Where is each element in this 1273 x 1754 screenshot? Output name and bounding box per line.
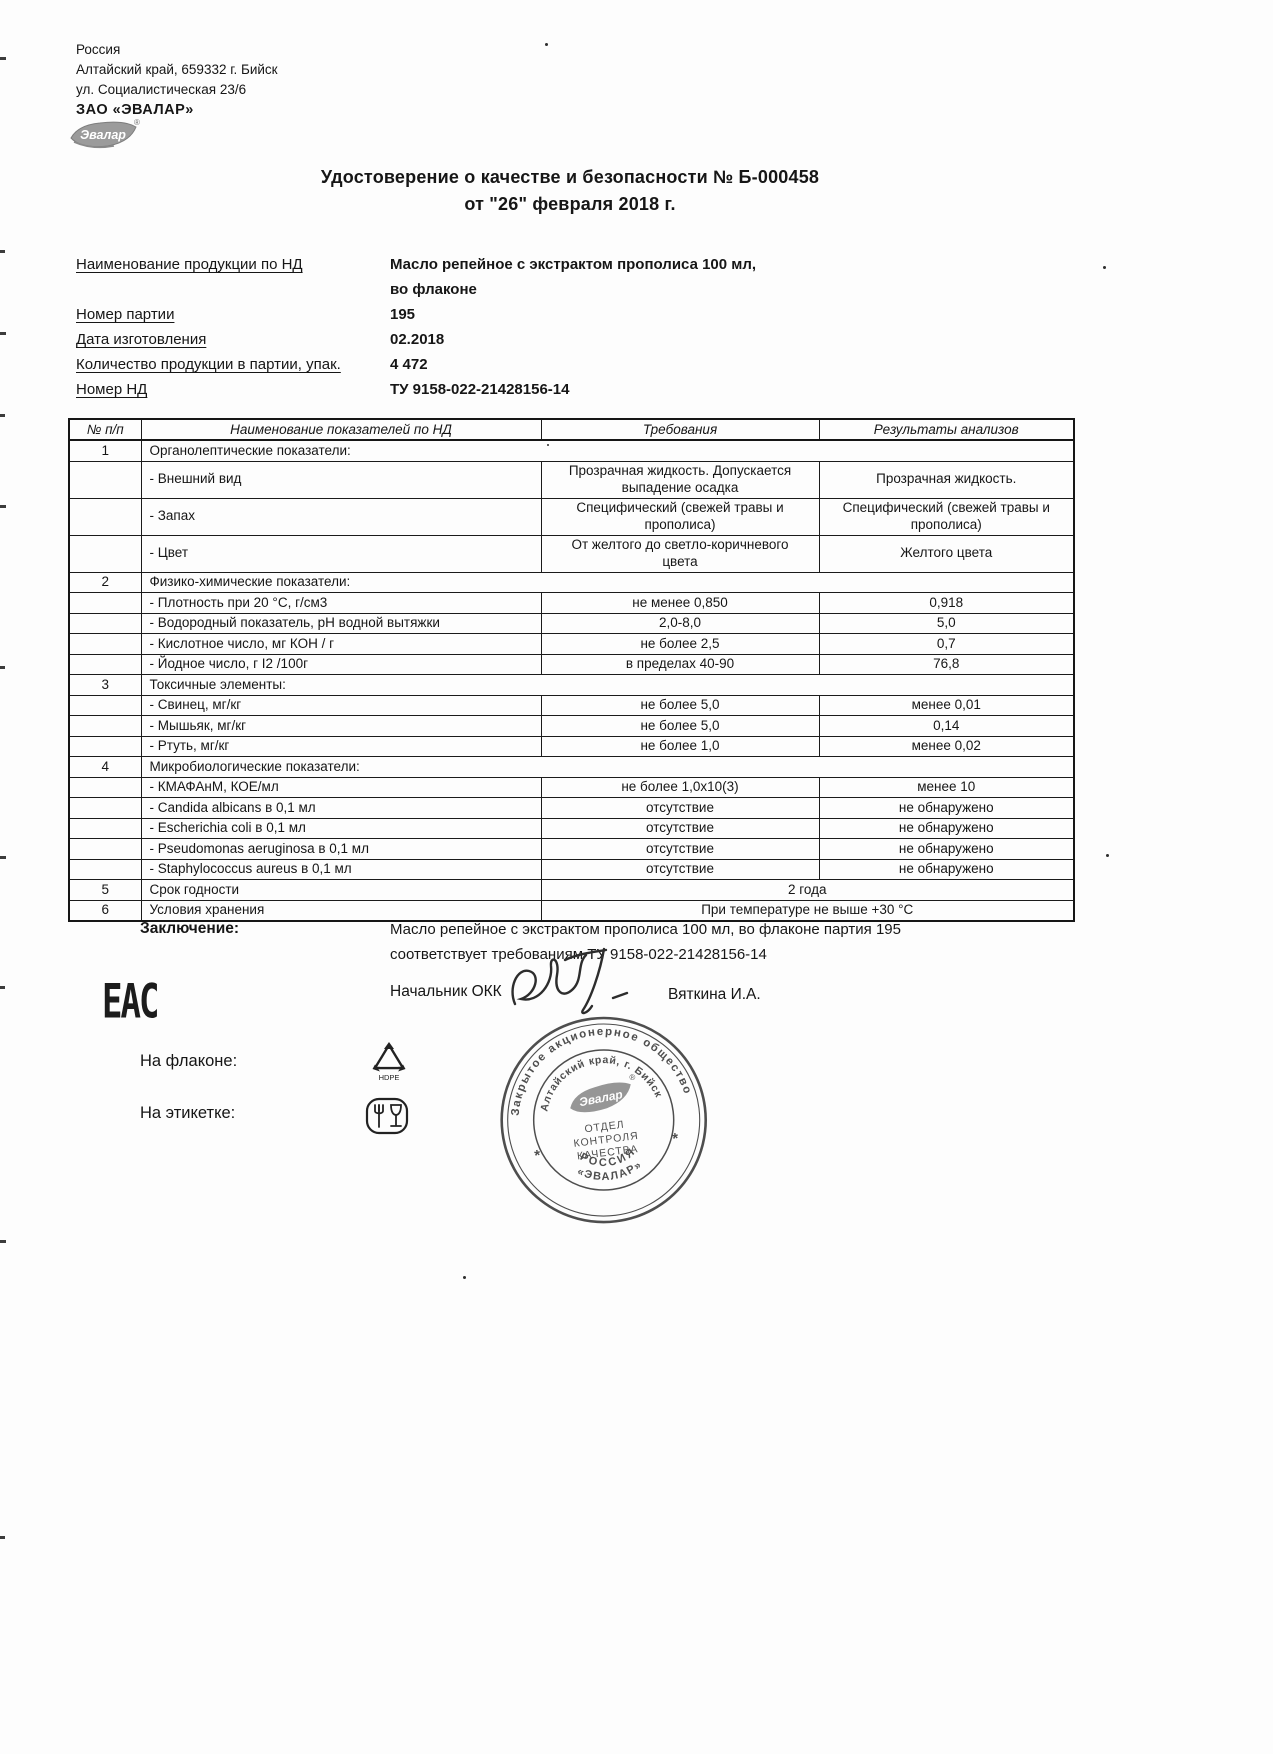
result: Специфический (свежей травы и прополиса) (819, 498, 1074, 535)
result: 76,8 (819, 654, 1074, 675)
result: не обнаружено (819, 798, 1074, 819)
indicator-name: - Йодное число, г I2 /100г (141, 654, 541, 675)
company-address-block: Россия Алтайский край, 659332 г. Бийск у… (76, 40, 278, 120)
section-title: Физико-химические показатели: (141, 572, 1074, 593)
field-value: 02.2018 (390, 327, 444, 352)
requirement: в пределах 40-90 (541, 654, 819, 675)
shelf-life-value: 2 года (541, 880, 1074, 901)
table-row: - Escherichia coli в 0,1 млотсутствиене … (69, 818, 1074, 839)
scan-edge-mark (0, 1240, 6, 1243)
row-number: 1 (69, 440, 141, 461)
product-fields: Наименование продукции по НД Масло репей… (76, 252, 756, 402)
company-country: Россия (76, 40, 278, 60)
result: не обнаружено (819, 839, 1074, 860)
result: менее 10 (819, 777, 1074, 798)
requirement: не более 1,0х10(3) (541, 777, 819, 798)
table-row: 5Срок годности2 года (69, 880, 1074, 901)
table-row: - КМАФАнМ, КОЕ/млне более 1,0х10(3)менее… (69, 777, 1074, 798)
row-number (69, 634, 141, 655)
table-row: - Йодное число, г I2 /100гв пределах 40-… (69, 654, 1074, 675)
requirement: Прозрачная жидкость. Допускается выпаден… (541, 461, 819, 498)
requirement: отсутствие (541, 859, 819, 880)
indicator-name: - Кислотное число, мг КОН / г (141, 634, 541, 655)
table-row: 1Органолептические показатели: (69, 440, 1074, 461)
on-bottle-label: На флаконе: (140, 1052, 237, 1071)
field-label: Наименование продукции по НД (76, 252, 390, 277)
requirement: отсутствие (541, 818, 819, 839)
scan-edge-mark (0, 856, 6, 859)
quality-control-stamp: Закрытое акционерное общество Алтайский … (481, 997, 727, 1247)
requirement: не более 1,0 (541, 736, 819, 757)
field-manufacture-date: Дата изготовления 02.2018 (76, 327, 756, 352)
hdpe-recycling-icon: HDPE (368, 1040, 410, 1095)
field-value-line1: Масло репейное с экстрактом прополиса 10… (390, 252, 756, 277)
requirement: не более 2,5 (541, 634, 819, 655)
company-address-line1: Алтайский край, 659332 г. Бийск (76, 60, 278, 80)
result: 5,0 (819, 613, 1074, 634)
header-requirements: Требования (541, 419, 819, 440)
result: 0,7 (819, 634, 1074, 655)
table-row: - ЦветОт желтого до светло-коричневого ц… (69, 535, 1074, 572)
row-number (69, 461, 141, 498)
table-row: - Ртуть, мг/кгне более 1,0менее 0,02 (69, 736, 1074, 757)
conclusion-label: Заключение: (140, 920, 239, 938)
field-product-name: Наименование продукции по НД Масло репей… (76, 252, 756, 302)
indicator-name: - Внешний вид (141, 461, 541, 498)
table-row: - Свинец, мг/кгне более 5,0менее 0,01 (69, 695, 1074, 716)
table-row: - Candida albicans в 0,1 млотсутствиене … (69, 798, 1074, 819)
row-number: 3 (69, 675, 141, 696)
row-number: 2 (69, 572, 141, 593)
table-row: - Pseudomonas aeruginosa в 0,1 млотсутст… (69, 839, 1074, 860)
indicator-name: - Escherichia coli в 0,1 мл (141, 818, 541, 839)
field-value: 4 472 (390, 352, 428, 377)
scan-edge-mark (0, 250, 5, 253)
scan-edge-mark (0, 414, 5, 417)
indicator-name: - Pseudomonas aeruginosa в 0,1 мл (141, 839, 541, 860)
row-number (69, 593, 141, 614)
conclusion-line2: соответствует требованиям ТУ 9158-022-21… (390, 942, 1040, 967)
indicator-name: - Мышьяк, мг/кг (141, 716, 541, 737)
row-number (69, 654, 141, 675)
requirement: 2,0-8,0 (541, 613, 819, 634)
table-row: - ЗапахСпецифический (свежей травы и про… (69, 498, 1074, 535)
table-row: - Водородный показатель, рН водной вытяж… (69, 613, 1074, 634)
scan-speck (545, 43, 548, 46)
hdpe-icon-label: HDPE (379, 1073, 400, 1082)
indicator-name: - Плотность при 20 °С, г/см3 (141, 593, 541, 614)
scan-edge-mark (0, 986, 5, 989)
field-label: Номер НД (76, 377, 390, 402)
quality-indicators-table: № п/п Наименование показателей по НД Тре… (68, 418, 1075, 922)
section-title: Токсичные элементы: (141, 675, 1074, 696)
row-number (69, 716, 141, 737)
scan-speck (463, 1276, 466, 1279)
result: менее 0,02 (819, 736, 1074, 757)
table-row: 3Токсичные элементы: (69, 675, 1074, 696)
table-row: - Мышьяк, мг/кгне более 5,00,14 (69, 716, 1074, 737)
field-nd-number: Номер НД ТУ 9158-022-21428156-14 (76, 377, 756, 402)
requirement: не более 5,0 (541, 716, 819, 737)
header-indicator-name: Наименование показателей по НД (141, 419, 541, 440)
eac-conformity-mark: EAC (102, 974, 157, 1030)
indicator-name: - Ртуть, мг/кг (141, 736, 541, 757)
result: 0,14 (819, 716, 1074, 737)
row-number (69, 613, 141, 634)
field-value: Масло репейное с экстрактом прополиса 10… (390, 252, 756, 302)
result: 0,918 (819, 593, 1074, 614)
field-label: Количество продукции в партии, упак. (76, 352, 390, 377)
section-title: Микробиологические показатели: (141, 757, 1074, 778)
requirement: не менее 0,850 (541, 593, 819, 614)
row-number (69, 859, 141, 880)
table-row: 4Микробиологические показатели: (69, 757, 1074, 778)
row-number (69, 818, 141, 839)
indicator-name: - Цвет (141, 535, 541, 572)
row-number (69, 695, 141, 716)
company-address-line2: ул. Социалистическая 23/6 (76, 80, 278, 100)
scan-speck (1103, 266, 1106, 269)
signoff-position: Начальник ОКК (390, 983, 502, 1001)
result: менее 0,01 (819, 695, 1074, 716)
indicator-name: - Свинец, мг/кг (141, 695, 541, 716)
field-value-line2: во флаконе (390, 277, 756, 302)
field-batch-quantity: Количество продукции в партии, упак. 4 4… (76, 352, 756, 377)
evalar-logo-text: Эвалар (80, 128, 126, 142)
field-batch-number: Номер партии 195 (76, 302, 756, 327)
row-number (69, 839, 141, 860)
scan-edge-mark (0, 505, 6, 508)
scan-edge-mark (0, 332, 6, 335)
result: не обнаружено (819, 818, 1074, 839)
requirement: отсутствие (541, 839, 819, 860)
result: не обнаружено (819, 859, 1074, 880)
indicator-name: - Водородный показатель, рН водной вытяж… (141, 613, 541, 634)
scan-speck (547, 444, 549, 446)
row-number (69, 535, 141, 572)
requirement: отсутствие (541, 798, 819, 819)
scan-edge-mark (0, 666, 5, 669)
document-title-line2: от "26" февраля 2018 г. (60, 191, 1080, 218)
table-row: - Кислотное число, мг КОН / гне более 2,… (69, 634, 1074, 655)
scan-speck (1106, 854, 1109, 857)
row-number: 6 (69, 900, 141, 921)
row-number: 4 (69, 757, 141, 778)
field-label: Номер партии (76, 302, 390, 327)
indicator-name: Срок годности (141, 880, 541, 901)
indicator-name: - Staphylococcus aureus в 0,1 мл (141, 859, 541, 880)
table-row: - Плотность при 20 °С, г/см3не менее 0,8… (69, 593, 1074, 614)
row-number (69, 777, 141, 798)
indicator-name: - Запах (141, 498, 541, 535)
document-title: Удостоверение о качестве и безопасности … (60, 164, 1080, 218)
registered-mark-icon: ® (134, 118, 140, 127)
header-results: Результаты анализов (819, 419, 1074, 440)
row-number: 5 (69, 880, 141, 901)
row-number (69, 498, 141, 535)
header-row-number: № п/п (69, 419, 141, 440)
indicator-name: - КМАФАнМ, КОЕ/мл (141, 777, 541, 798)
table-row: - Staphylococcus aureus в 0,1 млотсутств… (69, 859, 1074, 880)
scan-edge-mark (0, 1536, 5, 1539)
conclusion-line1: Масло репейное с экстрактом прополиса 10… (390, 917, 1040, 942)
field-value: ТУ 9158-022-21428156-14 (390, 377, 569, 402)
field-value: 195 (390, 302, 415, 327)
document-title-line1: Удостоверение о качестве и безопасности … (60, 164, 1080, 191)
table-row: - Внешний видПрозрачная жидкость. Допуск… (69, 461, 1074, 498)
row-number (69, 798, 141, 819)
field-label: Дата изготовления (76, 327, 390, 352)
evalar-logo: Эвалар ® (68, 116, 144, 159)
requirement: не более 5,0 (541, 695, 819, 716)
section-title: Органолептические показатели: (141, 440, 1074, 461)
requirement: Специфический (свежей травы и прополиса) (541, 498, 819, 535)
food-safe-glass-fork-icon (364, 1094, 410, 1143)
indicator-name: - Candida albicans в 0,1 мл (141, 798, 541, 819)
stamp-star-right: * (672, 1130, 680, 1148)
row-number (69, 736, 141, 757)
on-label-label: На этикетке: (140, 1104, 235, 1123)
conclusion-text: Масло репейное с экстрактом прополиса 10… (390, 917, 1040, 967)
certificate-document: Россия Алтайский край, 659332 г. Бийск у… (0, 0, 1273, 1754)
stamp-center-logo: Эвалар ® (566, 1072, 641, 1115)
table-header-row: № п/п Наименование показателей по НД Тре… (69, 419, 1074, 440)
scan-edge-mark (0, 57, 6, 60)
result: Прозрачная жидкость. (819, 461, 1074, 498)
table-row: 2Физико-химические показатели: (69, 572, 1074, 593)
requirement: От желтого до светло-коричневого цвета (541, 535, 819, 572)
result: Желтого цвета (819, 535, 1074, 572)
